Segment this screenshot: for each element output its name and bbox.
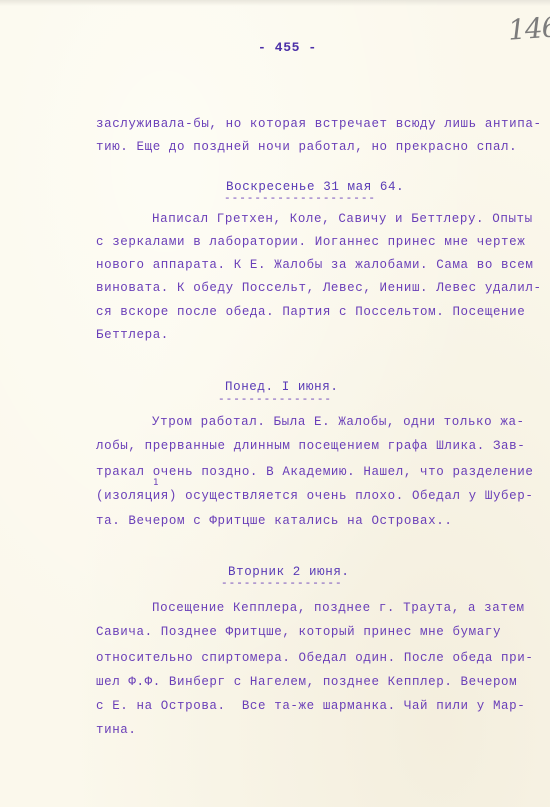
entry-heading-sunday-31-may: Воскресенье 31 мая 64. xyxy=(226,180,404,194)
entry-line: Беттлера. xyxy=(96,328,169,342)
entry-line: нового аппарата. К Е. Жалобы за жалобами… xyxy=(96,258,533,272)
entry-heading-tuesday-2-june: Вторник 2 июня. xyxy=(228,565,350,579)
entry-line: виновата. К обеду Поссельт, Левес, Иениш… xyxy=(96,281,542,295)
intro-line: заслуживала-бы, но которая встречает всю… xyxy=(96,117,542,131)
entry-line: Посещение Кепплера, позднее г. Траута, а… xyxy=(152,601,525,615)
entry-line: относительно спиртомера. Обедал один. По… xyxy=(96,651,533,665)
entry-line: та. Вечером с Фритцше катались на Остров… xyxy=(96,514,452,528)
heading-underline: ---------------- xyxy=(221,578,343,590)
heading-underline: -------------------- xyxy=(224,193,376,205)
handwritten-folio-number: 146 xyxy=(507,10,550,46)
entry-line: тина. xyxy=(96,723,137,737)
entry-line: (изоляция) осуществляется очень плохо. О… xyxy=(96,489,533,503)
page-number: - 455 - xyxy=(258,40,317,55)
entry-line: Утром работал. Была Е. Жалобы, одни толь… xyxy=(152,415,525,429)
intro-line: тию. Еще до поздней ночи работал, но пре… xyxy=(96,140,517,154)
heading-underline: --------------- xyxy=(218,394,332,406)
entry-line: ся вскоре после обеда. Партия с Поссельт… xyxy=(96,305,525,319)
entry-line: Написал Гретхен, Коле, Савичу и Беттлеру… xyxy=(152,212,533,226)
entry-line: Савича. Позднее Фритцше, который принес … xyxy=(96,625,501,639)
entry-line: шел Ф.Ф. Винберг с Нагелем, позднее Кепп… xyxy=(96,675,517,689)
handwritten-correction-mark: 1 xyxy=(153,478,159,488)
entry-heading-monday-1-june: Понед. I июня. xyxy=(225,380,338,394)
document-page: - 455 - 146 заслуживала-бы, но которая в… xyxy=(0,0,550,807)
entry-line: тракал очень поздно. В Академию. Нашел, … xyxy=(96,465,533,479)
entry-line: с Е. на Острова. Все та-же шарманка. Чай… xyxy=(96,699,525,713)
entry-line: с зеркалами в лаборатории. Иоганнес прин… xyxy=(96,235,525,249)
paper-edge xyxy=(0,0,550,6)
entry-line: лобы, прерванные длинным посещением граф… xyxy=(96,439,525,453)
